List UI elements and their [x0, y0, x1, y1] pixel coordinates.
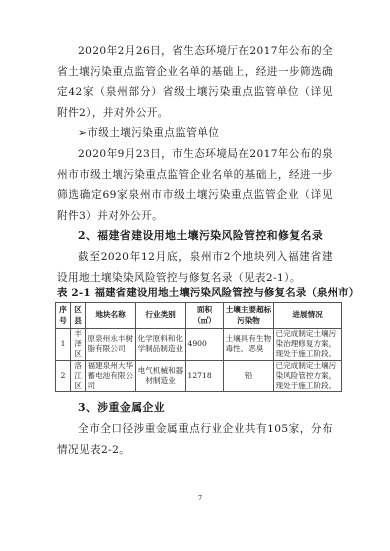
cell-site-name: 原泉州永丰树脂有限公司	[86, 329, 136, 361]
header-district: 区县	[71, 303, 86, 329]
paragraph-remediation-list: 截至2020年12月底，泉州市2个地块列入福建省建设用地土壤染染风险管控与修复名…	[57, 247, 333, 288]
paragraph-provincial-units: 2020年2月26日，省生态环境厅在2017年公布的全省土壤污染重点监管企业名单…	[57, 41, 333, 123]
cell-site-name: 福建泉州大华蓄电池有限公司	[86, 360, 136, 392]
header-industry: 行业类别	[136, 303, 186, 329]
table-row: 2 洛江区 福建泉州大华蓄电池有限公司 电气机械和器材制造业 12718 铅 已…	[56, 360, 342, 392]
bullet-municipal-units: ➢市级土壤污染重点监管单位	[78, 123, 219, 144]
paragraph-municipal-units: 2020年9月23日，市生态环境局在2017年公布的泉州市市级土壤污染重点监管企…	[57, 144, 333, 226]
cell-district: 洛江区	[71, 360, 86, 392]
cell-district: 丰泽区	[71, 329, 86, 361]
header-area: 面积（㎡）	[186, 303, 224, 329]
header-index: 序号	[56, 303, 71, 329]
header-pollutants: 土壤主要超标污染物	[224, 303, 274, 329]
section-heading-3: 3、涉重金属企业	[78, 398, 165, 419]
cell-progress: 已完成制定土壤污染风险管控方案，现处于施工阶段。	[274, 360, 342, 392]
cell-pollutants: 铅	[224, 360, 274, 392]
cell-pollutants: 土壤具有生物毒性、恶臭	[224, 329, 274, 361]
remediation-table: 序号 区县 地块名称 行业类别 面积（㎡） 土壤主要超标污染物 进展情况 1 丰…	[55, 302, 342, 392]
cell-area: 4900	[186, 329, 224, 361]
table-header-row: 序号 区县 地块名称 行业类别 面积（㎡） 土壤主要超标污染物 进展情况	[56, 303, 342, 329]
cell-industry: 电气机械和器材制造业	[136, 360, 186, 392]
section-heading-2: 2、福建省建设用地土壤污染风险管控和修复名录	[78, 226, 323, 247]
header-site-name: 地块名称	[86, 303, 136, 329]
cell-index: 1	[56, 329, 71, 361]
cell-industry: 化学原料和化学制品制造业	[136, 329, 186, 361]
header-progress: 进展情况	[274, 303, 342, 329]
page-number: 7	[198, 494, 202, 502]
cell-index: 2	[56, 360, 71, 392]
cell-progress: 已完成制定土壤污染治理修复方案，现处于施工阶段。	[274, 329, 342, 361]
table-title: 表 2-1 福建省建设用地土壤污染风险管控与修复名录（泉州市）	[57, 286, 337, 300]
document-page: 2020年2月26日，省生态环境厅在2017年公布的全省土壤污染重点监管企业名单…	[0, 0, 390, 551]
cell-area: 12718	[186, 360, 224, 392]
table-row: 1 丰泽区 原泉州永丰树脂有限公司 化学原料和化学制品制造业 4900 土壤具有…	[56, 329, 342, 361]
paragraph-heavy-metal: 全市全口径涉重金属重点行业企业共有105家，分布情况见表2-2。	[57, 419, 333, 460]
